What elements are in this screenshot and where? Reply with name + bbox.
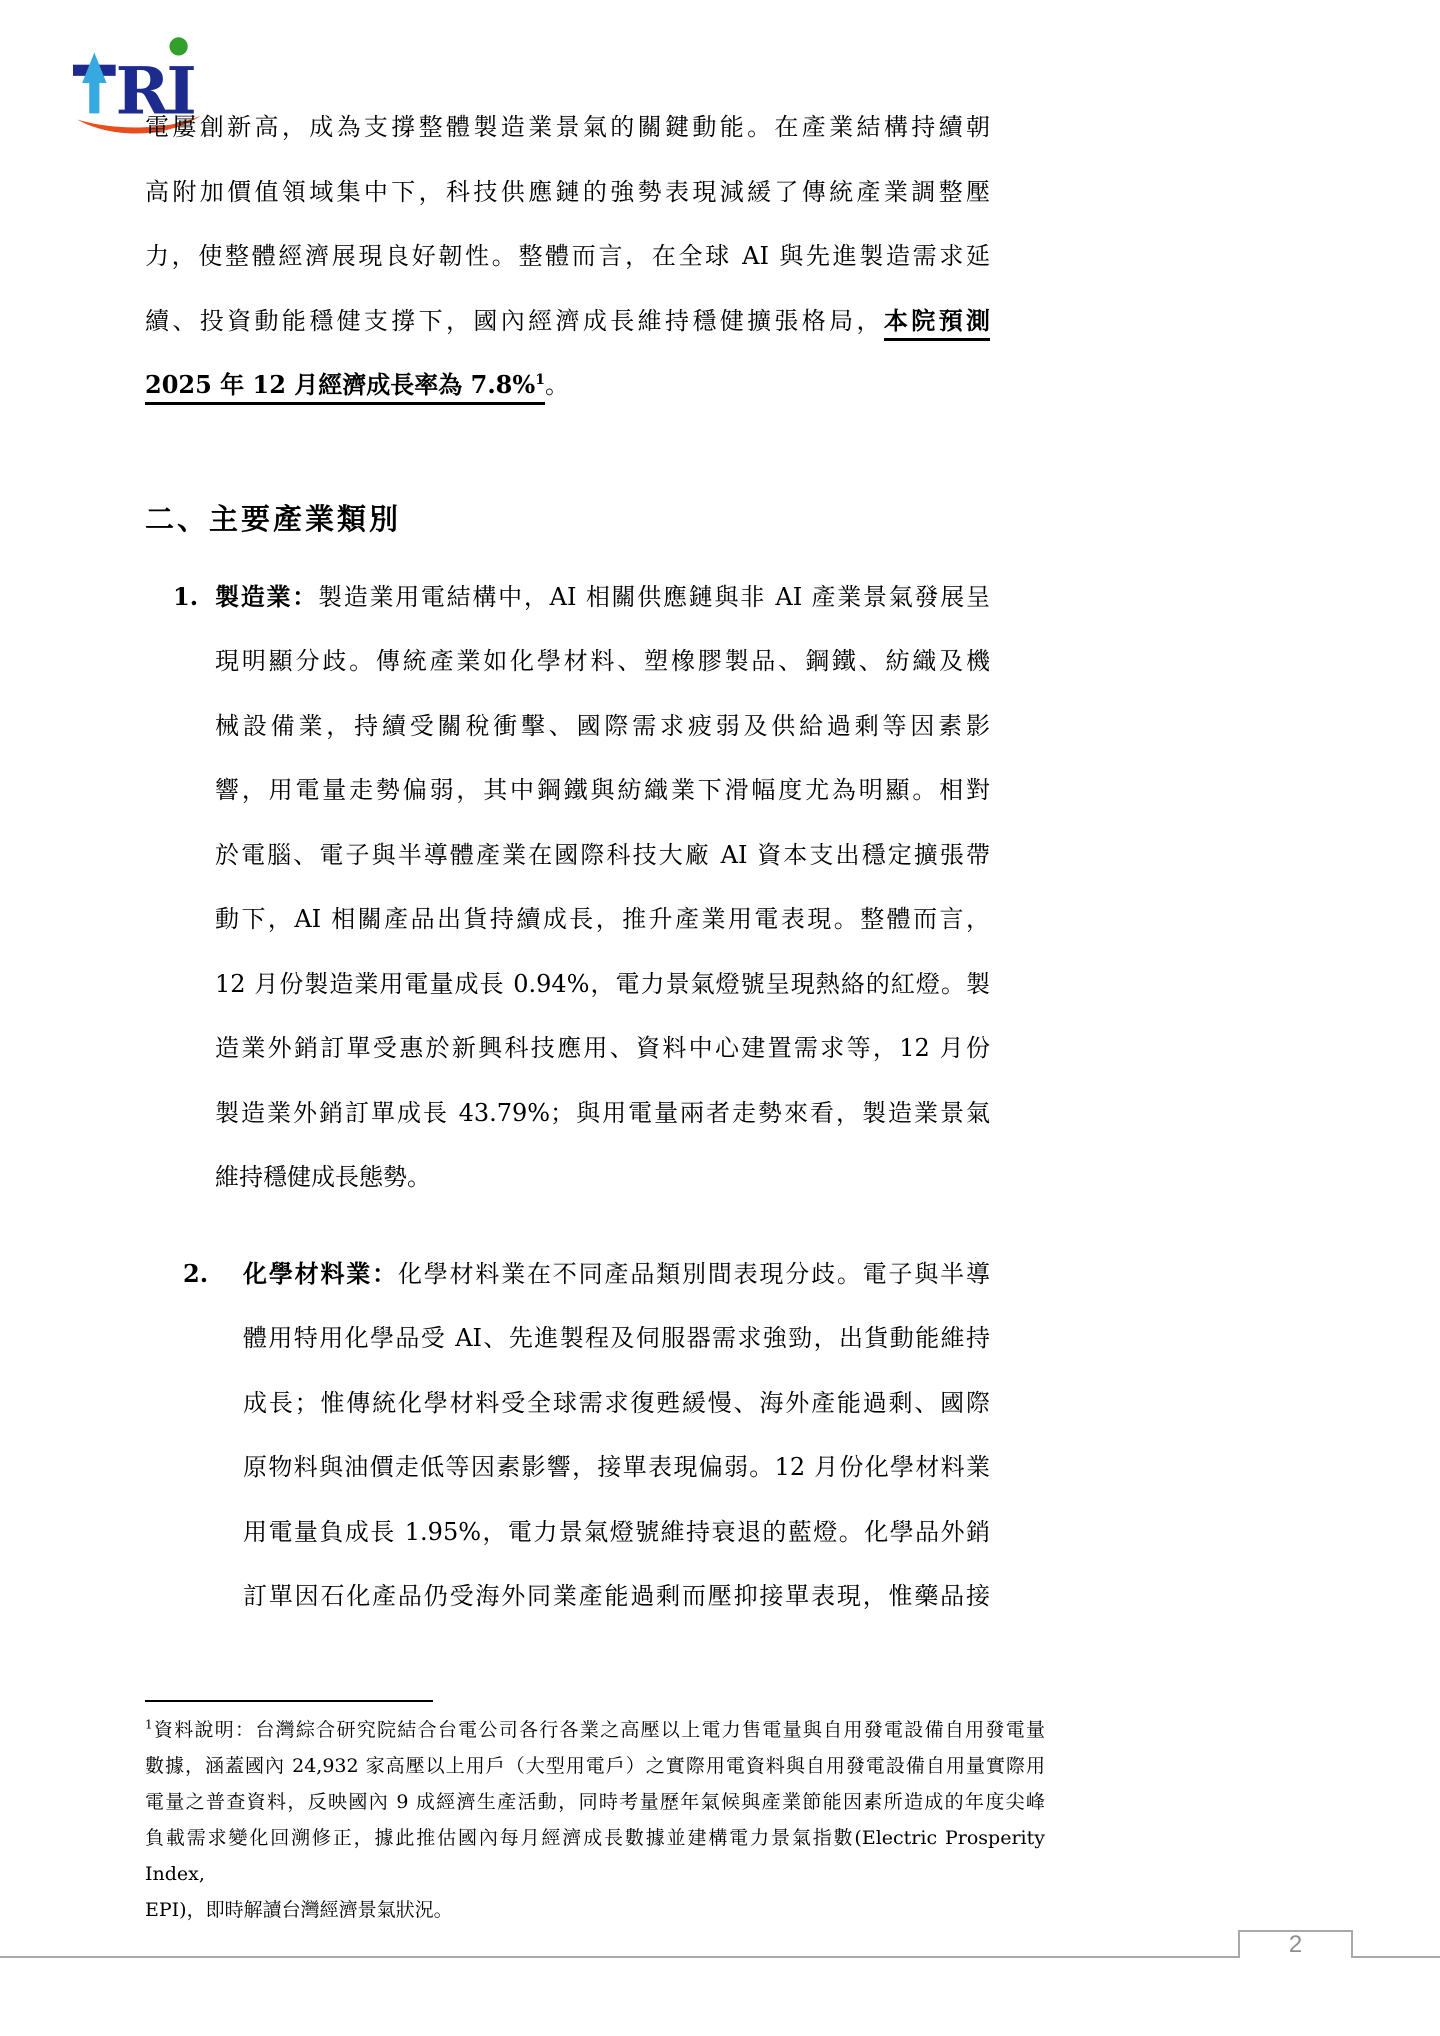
- paragraph-line: 製造業外銷訂單成長 43.79%；與用電量兩者走勢來看，製造業景氣: [215, 1081, 990, 1146]
- footnote: 1資料說明：台灣綜合研究院結合台電公司各行各業之高壓以上電力售電量與自用發電設備…: [145, 1712, 1045, 1928]
- paragraph-line: 製造業：製造業用電結構中，AI 相關供應鏈與非 AI 產業景氣發展呈: [215, 565, 990, 630]
- paragraph-line: 用電量負成長 1.95%，電力景氣燈號維持衰退的藍燈。化學品外銷: [243, 1500, 990, 1565]
- item-number: 1.: [173, 565, 198, 630]
- footnote-reference: 1: [535, 372, 545, 388]
- paragraph-line: 化學材料業：化學材料業在不同產品類別間表現分歧。電子與半導: [243, 1242, 990, 1307]
- section-heading: 二、主要產業類別: [145, 495, 990, 543]
- document-page: R I 電屢創新高，成為支撐整體製造業景氣的關鍵動能。在產業結構持續朝 高附加價…: [0, 0, 1440, 2036]
- forecast-emphasis: 本院預測: [884, 306, 990, 341]
- forecast-text: 2025 年 12 月經濟成長率為 7.8%: [145, 370, 535, 399]
- paragraph-line: 續、投資動能穩健支撐下，國內經濟成長維持穩健擴張格局，本院預測: [145, 289, 990, 354]
- paragraph-line: 維持穩健成長態勢。: [215, 1145, 990, 1210]
- list-item-chemical-materials: 2. 化學材料業：化學材料業在不同產品類別間表現分歧。電子與半導 體用特用化學品…: [145, 1242, 990, 1629]
- plain-text: 續、投資動能穩健支撐下，國內經濟成長維持穩健擴張格局，: [145, 307, 884, 335]
- paragraph-line: 動下，AI 相關產品出貨持續成長，推升產業用電表現。整體而言，: [215, 887, 990, 952]
- paragraph-line: 械設備業，持續受關稅衝擊、國際需求疲弱及供給過剩等因素影: [215, 694, 990, 759]
- list-item-manufacturing: 1. 製造業：製造業用電結構中，AI 相關供應鏈與非 AI 產業景氣發展呈 現明…: [145, 565, 990, 1210]
- paragraph-line: 造業外銷訂單受惠於新興科技應用、資料中心建置需求等，12 月份: [215, 1016, 990, 1081]
- plain-text: 製造業用電結構中，AI 相關供應鏈與非 AI 產業景氣發展呈: [318, 583, 990, 611]
- footnote-line: 負載需求變化回溯修正，據此推估國內每月經濟成長數據並建構電力景氣指數(Elect…: [145, 1820, 1045, 1892]
- footnote-line: 數據，涵蓋國內 24,932 家高壓以上用戶（大型用電戶）之實際用電資料與自用發…: [145, 1748, 1045, 1784]
- paragraph-line: 高附加價值領域集中下，科技供應鏈的強勢表現減緩了傳統產業調整壓: [145, 160, 990, 225]
- footnote-line: EPI)，即時解讀台灣經濟景氣狀況。: [145, 1892, 1045, 1928]
- footer-rule-right: [1349, 1956, 1440, 1958]
- paragraph-line: 2025 年 12 月經濟成長率為 7.8%1。: [145, 353, 990, 418]
- item-label: 化學材料業：: [243, 1259, 398, 1288]
- paragraph-line: 力，使整體經濟展現良好韌性。整體而言，在全球 AI 與先進製造需求延: [145, 224, 990, 289]
- footnote-marker: 1: [145, 1718, 153, 1732]
- logo-arrow-icon: [82, 53, 106, 114]
- paragraph-line: 現明顯分歧。傳統產業如化學材料、塑橡膠製品、鋼鐵、紡織及機: [215, 629, 990, 694]
- paragraph-line: 響，用電量走勢偏弱，其中鋼鐵與紡織業下滑幅度尤為明顯。相對: [215, 758, 990, 823]
- forecast-emphasis: 2025 年 12 月經濟成長率為 7.8%1: [145, 370, 545, 405]
- footer-rule-left: [0, 1956, 1240, 1958]
- item-text: 化學材料業：化學材料業在不同產品類別間表現分歧。電子與半導 體用特用化學品受 A…: [243, 1242, 990, 1629]
- item-label: 製造業：: [215, 582, 318, 611]
- footnote-line: 電量之普查資料，反映國內 9 成經濟生產活動，同時考量歷年氣候與產業節能因素所造…: [145, 1784, 1045, 1820]
- footnote-line: 1資料說明：台灣綜合研究院結合台電公司各行各業之高壓以上電力售電量與自用發電設備…: [145, 1712, 1045, 1748]
- item-number: 2.: [183, 1242, 208, 1307]
- plain-text: 化學材料業在不同產品類別間表現分歧。電子與半導: [398, 1260, 990, 1288]
- paragraph-line: 原物料與油價走低等因素影響，接單表現偏弱。12 月份化學材料業: [243, 1435, 990, 1500]
- page-number-tab: 2: [1238, 1930, 1353, 1958]
- footnote-text: 資料說明：台灣綜合研究院結合台電公司各行各業之高壓以上電力售電量與自用發電設備自…: [153, 1719, 1045, 1741]
- paragraph-line: 體用特用化學品受 AI、先進製程及伺服器需求強勁，出貨動能維持: [243, 1306, 990, 1371]
- plain-text: 。: [545, 371, 569, 399]
- paragraph-line: 於電腦、電子與半導體產業在國際科技大廠 AI 資本支出穩定擴張帶: [215, 823, 990, 888]
- paragraph-line: 電屢創新高，成為支撐整體製造業景氣的關鍵動能。在產業結構持續朝: [145, 95, 990, 160]
- logo-green-dot: [169, 37, 187, 55]
- footnote-separator: [145, 1700, 433, 1702]
- paragraph-line: 12 月份製造業用電量成長 0.94%，電力景氣燈號呈現熱絡的紅燈。製: [215, 952, 990, 1017]
- item-text: 製造業：製造業用電結構中，AI 相關供應鏈與非 AI 產業景氣發展呈 現明顯分歧…: [215, 565, 990, 1210]
- paragraph-line: 訂單因石化產品仍受海外同業產能過剩而壓抑接單表現，惟藥品接: [243, 1564, 990, 1629]
- paragraph-line: 成長；惟傳統化學材料受全球需求復甦緩慢、海外產能過剩、國際: [243, 1371, 990, 1436]
- body-text: 電屢創新高，成為支撐整體製造業景氣的關鍵動能。在產業結構持續朝 高附加價值領域集…: [145, 95, 990, 1629]
- page-number: 2: [1289, 1933, 1302, 1957]
